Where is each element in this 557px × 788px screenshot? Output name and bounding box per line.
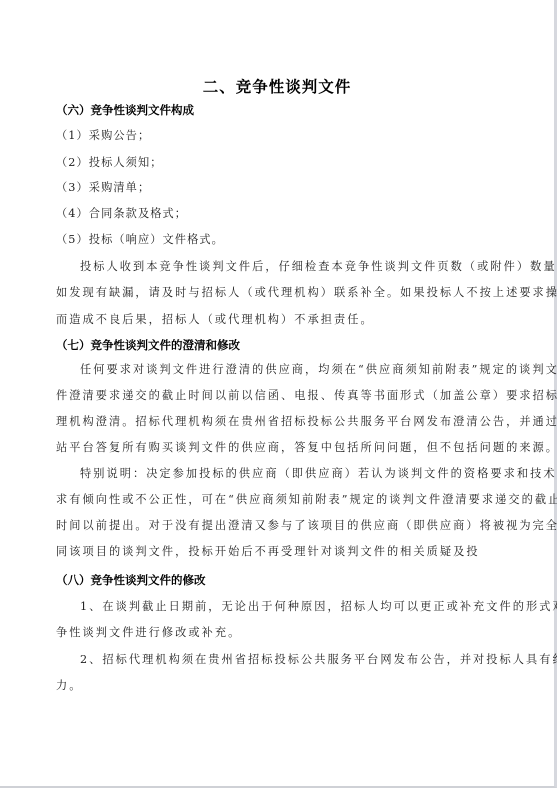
paragraph-line: 如发现有缺漏，请及时与招标人（或代理机构）联系补全。如果投标人不按上述要求操作 bbox=[56, 285, 506, 301]
list-item: （5）投标（响应）文件格式。 bbox=[56, 232, 506, 248]
document-page: 二、竞争性谈判文件 （六）竞争性谈判文件构成 （1）采购公告； （2）投标人须知… bbox=[0, 0, 557, 788]
paragraph-line: 而造成不良后果，招标人（或代理机构）不承担责任。 bbox=[56, 312, 506, 328]
section-7-heading: （七）竞争性谈判文件的澄清和修改 bbox=[56, 337, 506, 353]
page-title: 二、竞争性谈判文件 bbox=[0, 75, 554, 97]
paragraph-line: 投标人收到本竞争性谈判文件后，仔细检查本竞争性谈判文件页数（或附件）数量， bbox=[80, 259, 530, 275]
list-item: （2）投标人须知； bbox=[56, 155, 506, 171]
list-item: （4）合同条款及格式； bbox=[56, 206, 506, 222]
paragraph-line: 时间以前提出。对于没有提出澄清又参与了该项目的供应商（即供应商）将被视为完全认 bbox=[56, 518, 506, 534]
paragraph-line: 2、招标代理机构须在贵州省招标投标公共服务平台网发布公告，并对投标人具有约束 bbox=[80, 652, 530, 668]
paragraph-line: 任何要求对谈判文件进行澄清的供应商，均须在“供应商须知前附表”规定的谈判文 bbox=[80, 362, 530, 378]
paragraph-line: 1、在谈判截止日期前，无论出于何种原因，招标人均可以更正或补充文件的形式对竞 bbox=[80, 599, 530, 615]
section-8-heading: （八）竞争性谈判文件的修改 bbox=[56, 572, 506, 588]
section-6-heading: （六）竞争性谈判文件构成 bbox=[56, 102, 506, 118]
paragraph-line: 特别说明：决定参加投标的供应商（即供应商）若认为谈判文件的资格要求和技术要 bbox=[80, 466, 530, 482]
paragraph-line: 理机构澄清。招标代理机构须在贵州省招标投标公共服务平台网发布澄清公告，并通过网 bbox=[56, 414, 506, 430]
list-item: （3）采购清单； bbox=[56, 180, 506, 196]
paragraph-line: 站平台答复所有购买谈判文件的供应商，答复中包括所问问题，但不包括问题的来源。 bbox=[56, 440, 506, 456]
paragraph-line: 力。 bbox=[56, 678, 506, 694]
paragraph-line: 同该项目的谈判文件，投标开始后不再受理针对谈判文件的相关质疑及投 bbox=[56, 544, 506, 560]
paragraph-line: 求有倾向性或不公正性，可在“供应商须知前附表”规定的谈判文件澄清要求递交的截止 bbox=[56, 492, 506, 508]
paragraph-line: 争性谈判文件进行修改或补充。 bbox=[56, 625, 506, 641]
paragraph-line: 件澄清要求递交的截止时间以前以信函、电报、传真等书面形式（加盖公章）要求招标代 bbox=[56, 388, 506, 404]
list-item: （1）采购公告； bbox=[56, 128, 506, 144]
